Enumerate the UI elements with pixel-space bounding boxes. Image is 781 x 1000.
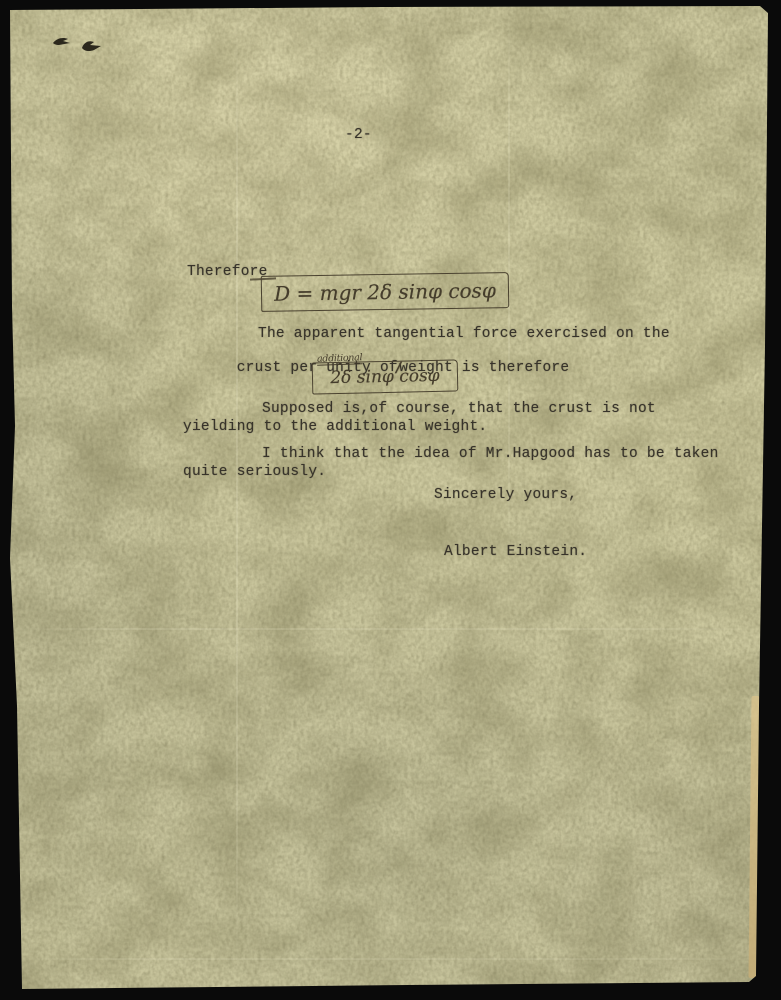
paper-deckle-edge: [749, 696, 760, 978]
fold-crease-vertical-left: [236, 6, 238, 990]
fold-crease-horizontal-bottom: [8, 958, 770, 960]
signature-line: Albert Einstein.: [444, 545, 587, 560]
hapgood-paragraph-line-1: I think that the idea of Mr.Hapgood has …: [262, 447, 719, 462]
supposed-paragraph-line-1: Supposed is,of course, that the crust is…: [262, 402, 656, 417]
fold-crease-horizontal-middle: [8, 628, 770, 630]
supposed-paragraph-line-2: yielding to the additional weight.: [183, 420, 487, 435]
formula-box-2: 2δ sinφ cosφ: [312, 359, 459, 394]
paper-texture: [8, 6, 770, 990]
closing-line: Sincerely yours,: [434, 488, 577, 503]
page-number: -2-: [345, 128, 372, 143]
hapgood-paragraph-line-2: quite seriously.: [183, 465, 326, 480]
ink-scribble-marks: [48, 32, 110, 60]
formula-1-text: D = mgr 2δ sinφ cosφ: [274, 278, 496, 305]
photo-background: -2- Therefore D = mgr 2δ sinφ cosφ The a…: [0, 0, 781, 1000]
formula-box-1: D = mgr 2δ sinφ cosφ: [261, 272, 510, 312]
force-paragraph-line-1: The apparent tangential force exercised …: [258, 327, 670, 342]
formula-2-text: 2δ sinφ cosφ: [330, 366, 440, 388]
letter-page: -2- Therefore D = mgr 2δ sinφ cosφ The a…: [8, 6, 770, 990]
